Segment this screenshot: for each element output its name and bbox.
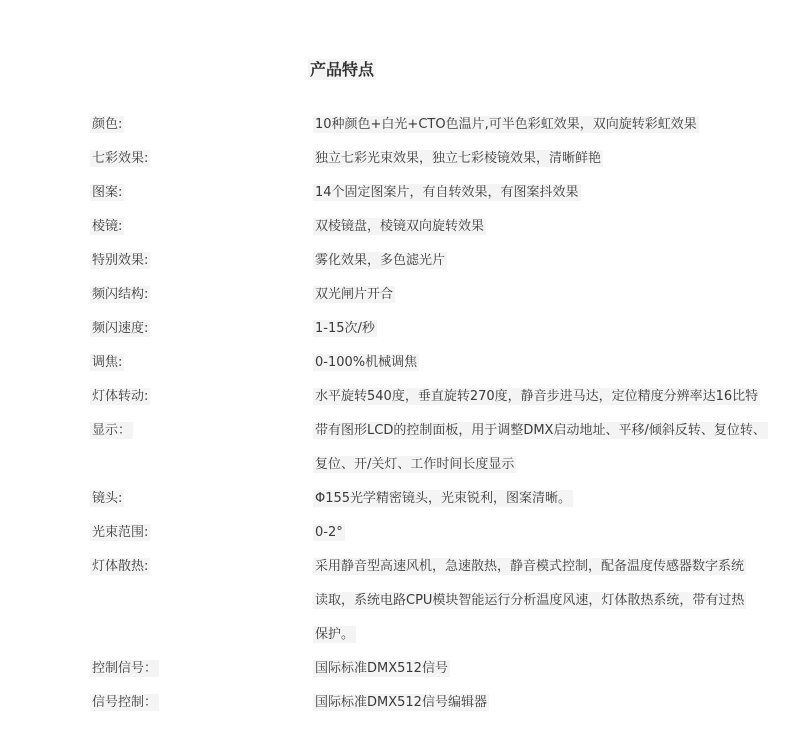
spec-value-line: 1-15次/秒 (313, 312, 753, 346)
spec-label: 灯体散热: (90, 550, 313, 584)
spec-value-line: 保护。 (313, 618, 753, 652)
spec-value-line: 国际标准DMX512信号编辑器 (313, 686, 753, 720)
spec-row-special-effect: 特别效果: 雾化效果，多色滤光片 (90, 244, 790, 278)
spec-value: 10种颜色+白光+CTO色温片,可半色彩虹效果，双向旋转彩虹效果 (313, 108, 753, 142)
spec-label: 频闪速度: (90, 312, 313, 346)
spec-value-line: 水平旋转540度，垂直旋转270度，静音步进马达，定位精度分辨率达16比特 (313, 380, 753, 414)
spec-row-cooling: 灯体散热: 采用静音型高速风机，急速散热，静音模式控制，配备温度传感器数字系统 … (90, 550, 790, 652)
spec-row-beam-range: 光束范围: 0-2° (90, 516, 790, 550)
spec-label: 信号控制： (90, 686, 313, 720)
spec-value: 国际标准DMX512信号编辑器 (313, 686, 753, 720)
spec-table: 颜色: 10种颜色+白光+CTO色温片,可半色彩虹效果，双向旋转彩虹效果 七彩效… (0, 108, 790, 720)
spec-label: 频闪结构: (90, 278, 313, 312)
spec-row-signal-control: 信号控制： 国际标准DMX512信号编辑器 (90, 686, 790, 720)
page-title-text: 产品特点 (308, 59, 376, 80)
spec-value: 0-2° (313, 516, 753, 550)
spec-row-rainbow-effect: 七彩效果: 独立七彩光束效果，独立七彩棱镜效果，清晰鲜艳 (90, 142, 790, 176)
spec-label: 灯体转动: (90, 380, 313, 414)
spec-label: 图案: (90, 176, 313, 210)
spec-row-movement: 灯体转动: 水平旋转540度，垂直旋转270度，静音步进马达，定位精度分辨率达1… (90, 380, 790, 414)
spec-value: 雾化效果，多色滤光片 (313, 244, 753, 278)
spec-value-line: 10种颜色+白光+CTO色温片,可半色彩虹效果，双向旋转彩虹效果 (313, 108, 753, 142)
spec-value: 0-100%机械调焦 (313, 346, 753, 380)
spec-label: 控制信号： (90, 652, 313, 686)
spec-label: 颜色: (90, 108, 313, 142)
spec-row-display: 显示： 带有图形LCD的控制面板，用于调整DMX启动地址、平移/倾斜反转、复位转… (90, 414, 790, 482)
spec-label: 镜头: (90, 482, 313, 516)
spec-value-line: 0-100%机械调焦 (313, 346, 753, 380)
spec-value-line: 14个固定图案片，有自转效果，有图案抖效果 (313, 176, 753, 210)
spec-row-color: 颜色: 10种颜色+白光+CTO色温片,可半色彩虹效果，双向旋转彩虹效果 (90, 108, 790, 142)
spec-row-strobe-speed: 频闪速度: 1-15次/秒 (90, 312, 790, 346)
spec-row-strobe-structure: 频闪结构: 双光闸片开合 (90, 278, 790, 312)
spec-label: 光束范围: (90, 516, 313, 550)
spec-label: 显示： (90, 414, 313, 448)
spec-value-line: 雾化效果，多色滤光片 (313, 244, 753, 278)
page-title: 产品特点 (0, 0, 790, 81)
spec-label: 调焦: (90, 346, 313, 380)
spec-value-line: 读取，系统电路CPU模块智能运行分析温度风速，灯体散热系统，带有过热 (313, 584, 753, 618)
spec-value: 双棱镜盘，棱镜双向旋转效果 (313, 210, 753, 244)
spec-row-gobo: 图案: 14个固定图案片，有自转效果，有图案抖效果 (90, 176, 790, 210)
spec-value-line: Φ155光学精密镜头，光束锐利，图案清晰。 (313, 482, 753, 516)
spec-value: 14个固定图案片，有自转效果，有图案抖效果 (313, 176, 753, 210)
spec-label: 棱镜: (90, 210, 313, 244)
spec-row-focus: 调焦: 0-100%机械调焦 (90, 346, 790, 380)
spec-value-line: 采用静音型高速风机，急速散热，静音模式控制，配备温度传感器数字系统 (313, 550, 753, 584)
spec-value: 国际标准DMX512信号 (313, 652, 753, 686)
spec-value: 采用静音型高速风机，急速散热，静音模式控制，配备温度传感器数字系统 读取，系统电… (313, 550, 753, 652)
spec-label: 特别效果: (90, 244, 313, 278)
spec-value: Φ155光学精密镜头，光束锐利，图案清晰。 (313, 482, 753, 516)
spec-value-line: 复位、开/关灯、工作时间长度显示 (313, 448, 753, 482)
spec-value-line: 双棱镜盘，棱镜双向旋转效果 (313, 210, 753, 244)
spec-value: 1-15次/秒 (313, 312, 753, 346)
spec-value: 水平旋转540度，垂直旋转270度，静音步进马达，定位精度分辨率达16比特 (313, 380, 753, 414)
spec-value-line: 带有图形LCD的控制面板，用于调整DMX启动地址、平移/倾斜反转、复位转、 (313, 414, 753, 448)
spec-value: 独立七彩光束效果，独立七彩棱镜效果，清晰鲜艳 (313, 142, 753, 176)
product-features-page: 产品特点 颜色: 10种颜色+白光+CTO色温片,可半色彩虹效果，双向旋转彩虹效… (0, 0, 790, 733)
spec-label: 七彩效果: (90, 142, 313, 176)
spec-value: 带有图形LCD的控制面板，用于调整DMX启动地址、平移/倾斜反转、复位转、 复位… (313, 414, 753, 482)
spec-value-line: 国际标准DMX512信号 (313, 652, 753, 686)
spec-row-lens: 镜头: Φ155光学精密镜头，光束锐利，图案清晰。 (90, 482, 790, 516)
spec-row-control-signal: 控制信号： 国际标准DMX512信号 (90, 652, 790, 686)
spec-row-prism: 棱镜: 双棱镜盘，棱镜双向旋转效果 (90, 210, 790, 244)
spec-value: 双光闸片开合 (313, 278, 753, 312)
spec-value-line: 双光闸片开合 (313, 278, 753, 312)
spec-value-line: 0-2° (313, 516, 753, 550)
spec-value-line: 独立七彩光束效果，独立七彩棱镜效果，清晰鲜艳 (313, 142, 753, 176)
